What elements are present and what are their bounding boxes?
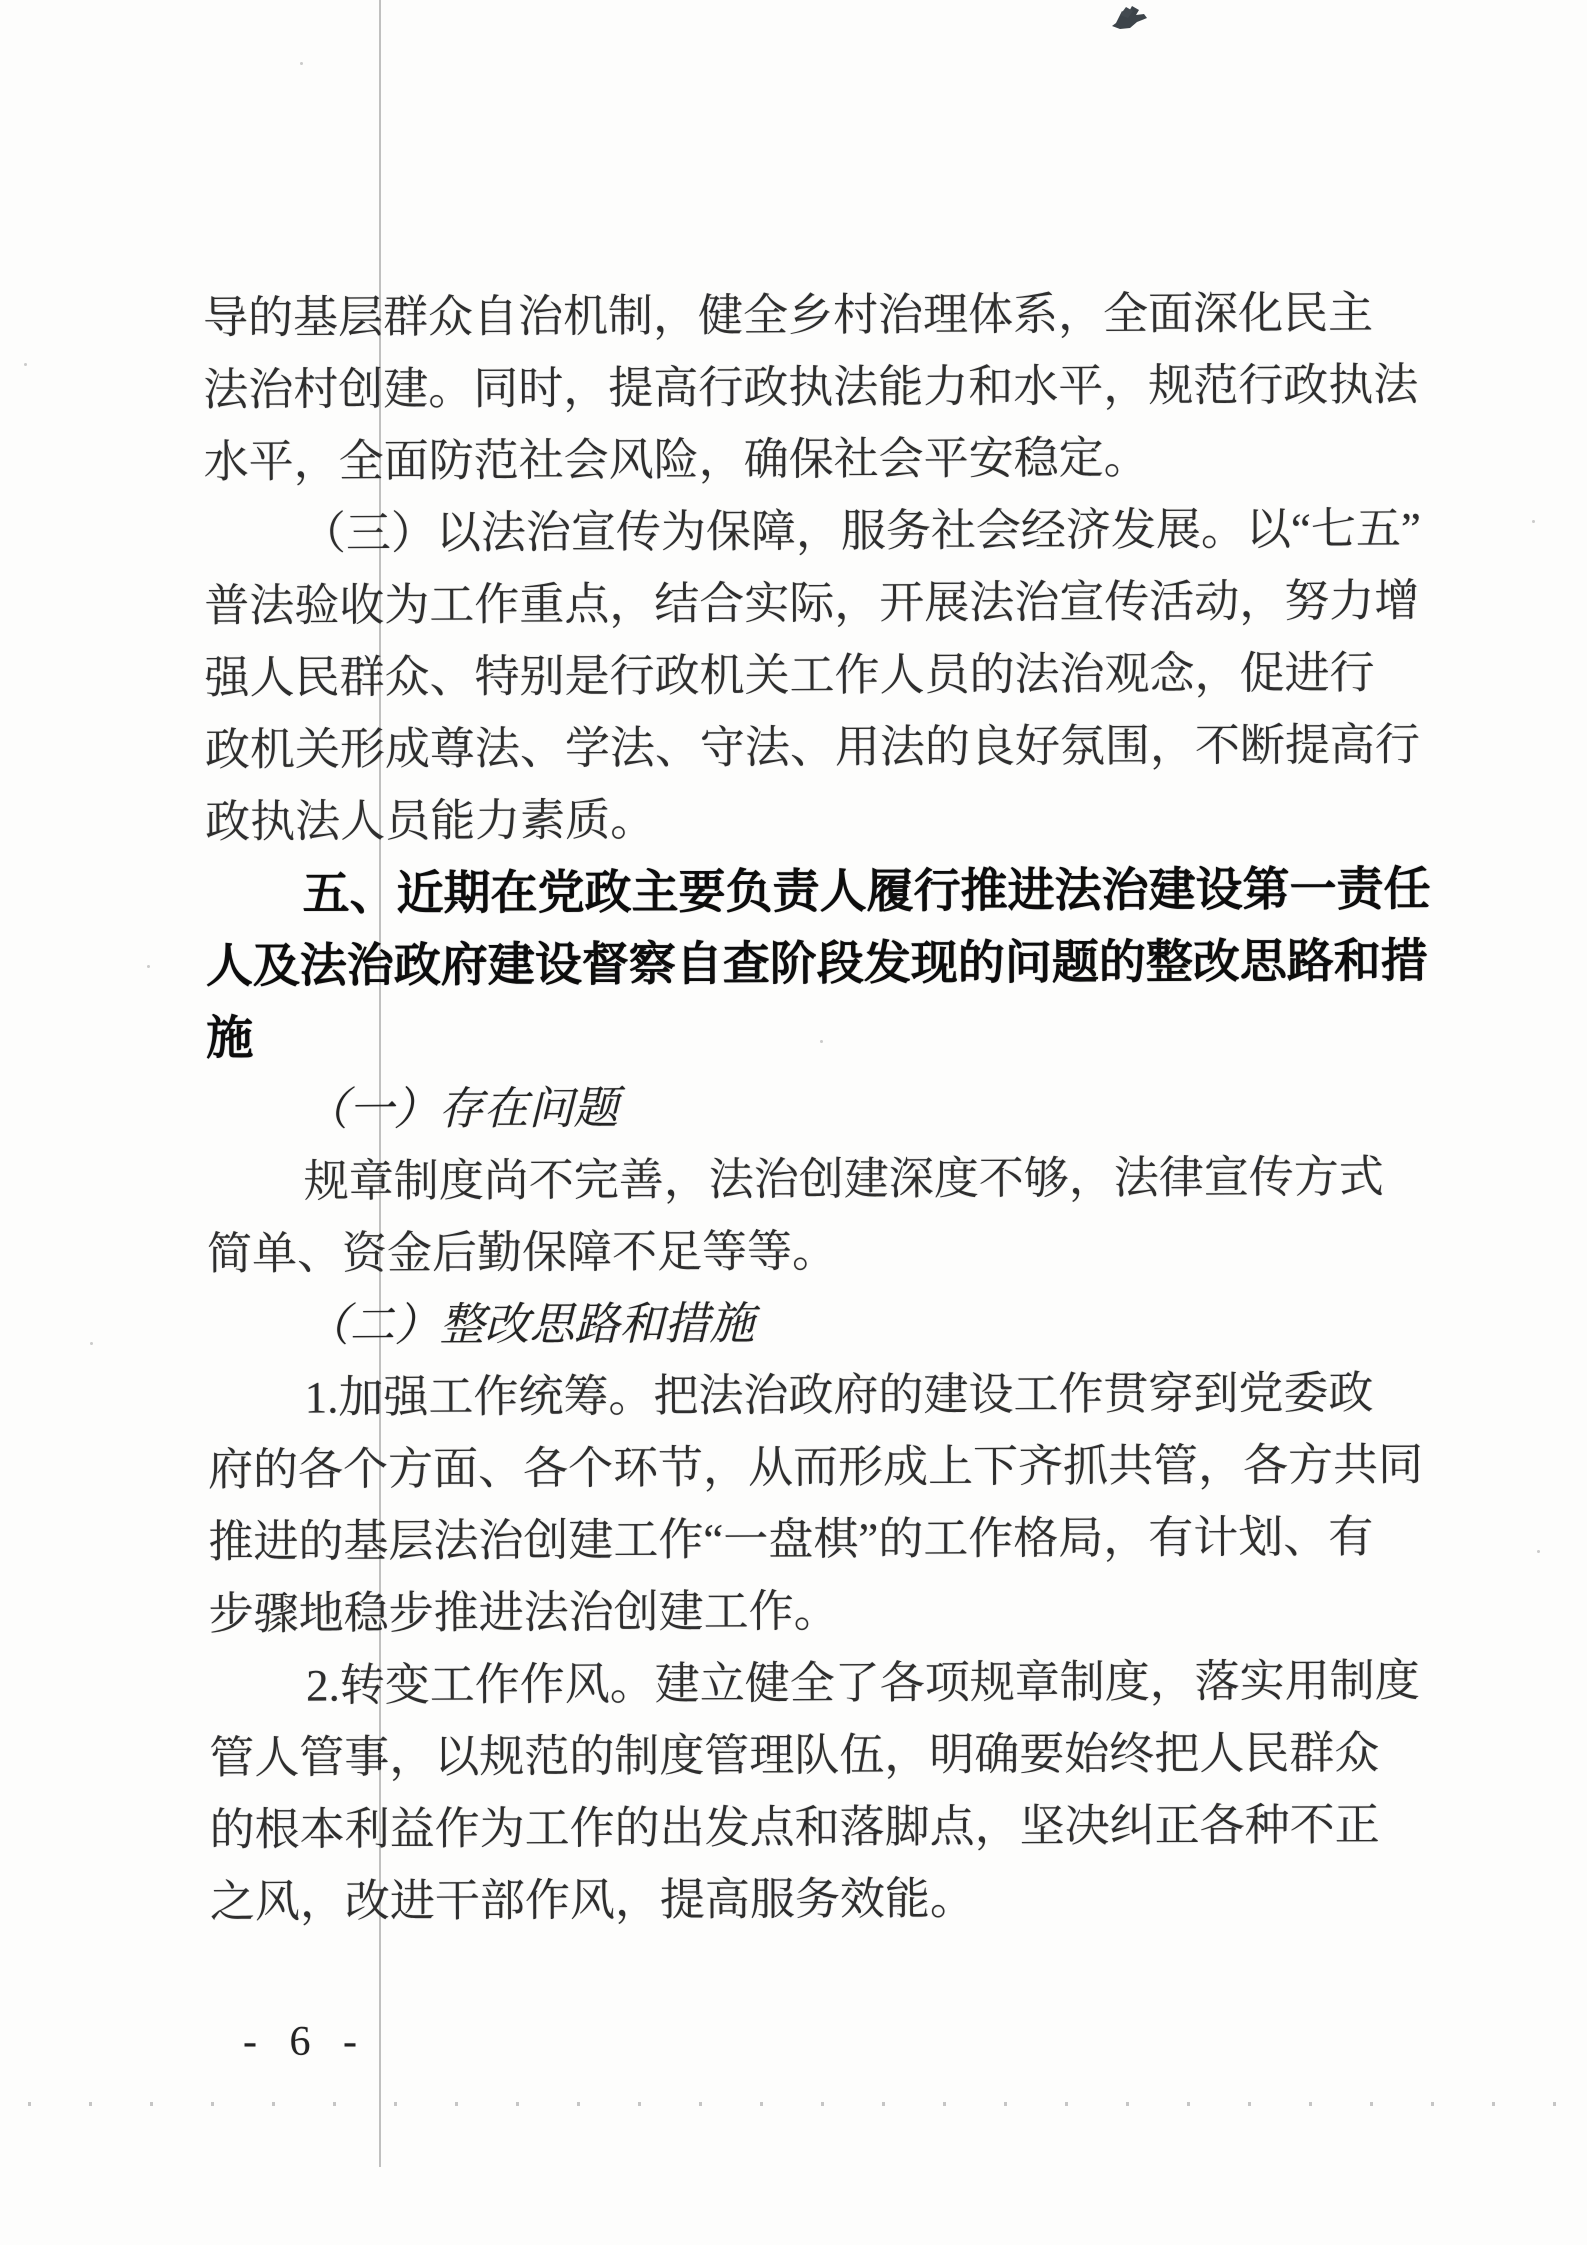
document-text-block: 导的基层群众自治机制，健全乡村治理体系，全面深化民主法治村创建。同时，提高行政执…	[0, 0, 1587, 2245]
text-line: 导的基层群众自治机制，健全乡村治理体系，全面深化民主	[203, 276, 1493, 354]
scan-speck	[147, 965, 150, 968]
page-number: - 6 -	[243, 2018, 368, 2066]
text-line: 法治村创建。同时，提高行政执法能力和水平，规范行政执法	[203, 348, 1493, 426]
text-line: 普法验收为工作重点，结合实际，开展法治宣传活动，努力增	[204, 564, 1494, 642]
text-line: （一）存在问题	[206, 1068, 1496, 1146]
text-line: 推进的基层法治创建工作“一盘棋”的工作格局，有计划、有	[208, 1500, 1498, 1578]
text-line: 人及法治政府建设督察自查阶段发现的问题的整改思路和措	[206, 924, 1496, 1002]
scan-speck	[90, 1342, 93, 1345]
text-line: 步骤地稳步推进法治创建工作。	[209, 1572, 1499, 1650]
text-line: 水平，全面防范社会风险，确保社会平安稳定。	[204, 420, 1494, 498]
scan-speck	[1537, 1550, 1540, 1553]
text-line: 政执法人员能力素质。	[205, 780, 1495, 858]
scan-speck	[1532, 520, 1535, 523]
text-line: 1.加强工作统筹。把法治政府的建设工作贯穿到党委政	[208, 1356, 1498, 1434]
text-line: 规章制度尚不完善，法治创建深度不够，法律宣传方式	[207, 1140, 1497, 1218]
scan-speck	[300, 62, 303, 65]
text-line: 管人管事，以规范的制度管理队伍，明确要始终把人民群众	[209, 1716, 1499, 1794]
scan-speck	[24, 363, 27, 366]
text-line: 五、近期在党政主要负责人履行推进法治建设第一责任	[205, 852, 1495, 930]
text-line: （三）以法治宣传为保障，服务社会经济发展。以“七五”	[204, 492, 1494, 570]
text-line: 之风，改进干部作风，提高服务效能。	[210, 1860, 1500, 1938]
text-line: 简单、资金后勤保障不足等等。	[207, 1212, 1497, 1290]
text-line: 强人民群众、特别是行政机关工作人员的法治观念，促进行	[204, 636, 1494, 714]
perforation-dots-row	[28, 2102, 1563, 2106]
text-line: 政机关形成尊法、学法、守法、用法的良好氛围，不断提高行	[205, 708, 1495, 786]
text-line: 2.转变工作作风。建立健全了各项规章制度，落实用制度	[209, 1644, 1499, 1722]
text-line: 府的各个方面、各个环节，从而形成上下齐抓共管，各方共同	[208, 1428, 1498, 1506]
text-line: 的根本利益作为工作的出发点和落脚点，坚决纠正各种不正	[209, 1788, 1499, 1866]
scanned-document-page: 导的基层群众自治机制，健全乡村治理体系，全面深化民主法治村创建。同时，提高行政执…	[0, 0, 1587, 2245]
text-line: 施	[206, 996, 1496, 1074]
text-line: （二）整改思路和措施	[207, 1284, 1497, 1362]
scan-speck	[820, 1040, 823, 1043]
